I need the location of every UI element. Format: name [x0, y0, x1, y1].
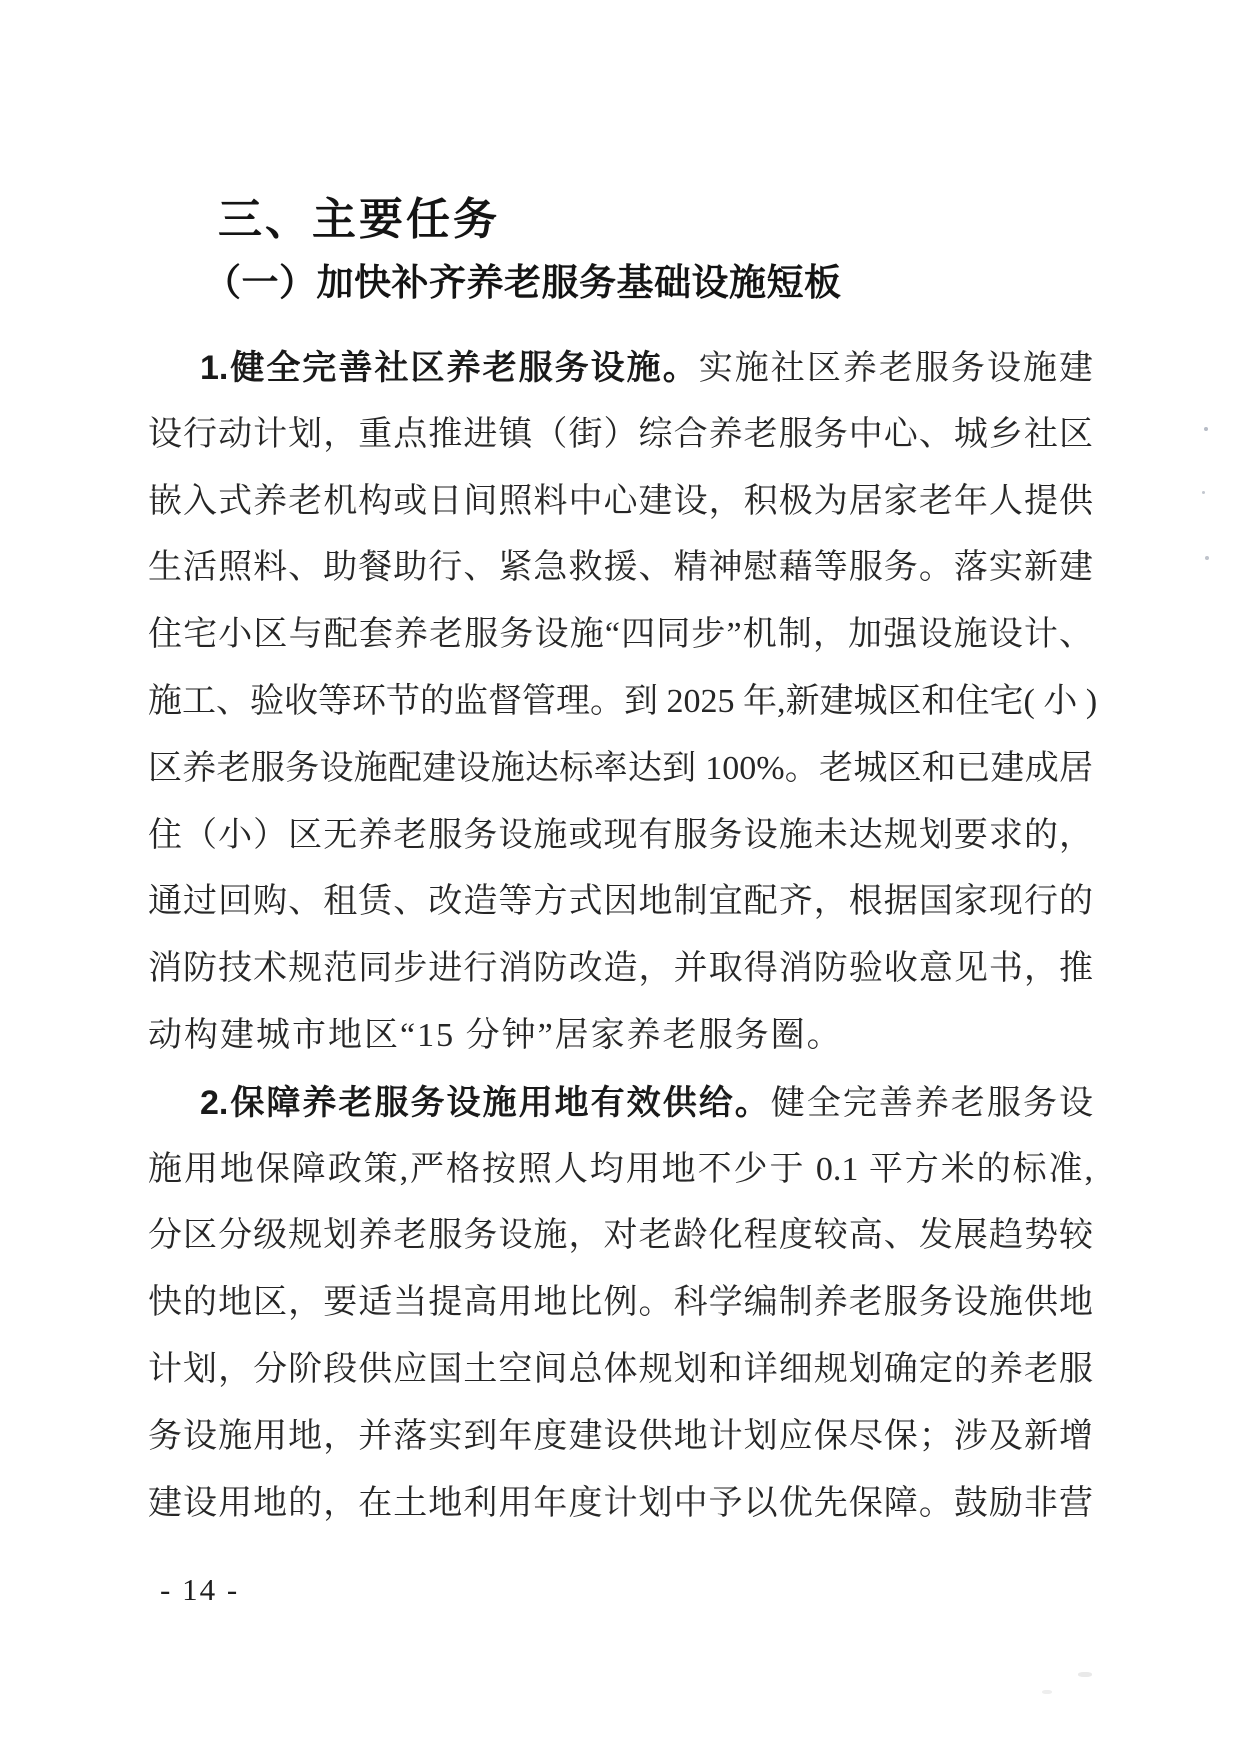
- text-line: 分区分级规划养老服务设施，对老龄化程度较高、发展趋势较: [148, 1203, 1093, 1270]
- scan-speck: [1204, 427, 1208, 431]
- text-line: 施用地保障政策,严格按照人均用地不少于 0.1 平方米的标准,: [148, 1137, 1093, 1204]
- paragraph-2: 2.保障养老服务设施用地有效供给。健全完善养老服务设 施用地保障政策,严格按照人…: [148, 1070, 1093, 1538]
- text-line: 设行动计划，重点推进镇（街）综合养老服务中心、城乡社区: [148, 402, 1093, 469]
- subsection-heading: （一）加快补齐养老服务基础设施短板: [148, 258, 1093, 310]
- scan-speck: [1042, 1690, 1052, 1694]
- text-line: 务设施用地，并落实到年度建设供地计划应保尽保；涉及新增: [148, 1404, 1093, 1471]
- text-line: 动构建城市地区“15 分钟”居家养老服务圈。: [148, 1003, 1093, 1070]
- text-line: 消防技术规范同步进行消防改造，并取得消防验收意见书，推: [148, 936, 1093, 1003]
- text-line: 施工、验收等环节的监督管理。到 2025 年,新建城区和住宅( 小 ): [148, 669, 1093, 736]
- text-line: 生活照料、助餐助行、紧急救援、精神慰藉等服务。落实新建: [148, 535, 1093, 602]
- paragraph-1-lead: 1.健全完善社区养老服务设施。: [200, 349, 699, 387]
- text-line: 区养老服务设施配建设施达标率达到 100%。老城区和已建成居: [148, 736, 1093, 803]
- scan-speck: [1205, 556, 1209, 560]
- text-line: 2.保障养老服务设施用地有效供给。健全完善养老服务设: [148, 1070, 1093, 1137]
- scan-speck: [1202, 491, 1205, 494]
- text-line: 快的地区，要适当提高用地比例。科学编制养老服务设施供地: [148, 1270, 1093, 1337]
- text-line: 建设用地的，在土地利用年度计划中予以优先保障。鼓励非营: [148, 1471, 1093, 1538]
- document-body: 1.健全完善社区养老服务设施。实施社区养老服务设施建 设行动计划，重点推进镇（街…: [148, 335, 1093, 1537]
- text-run: 实施社区养老服务设施建: [699, 350, 1093, 387]
- text-line: 嵌入式养老机构或日间照料中心建设，积极为居家老年人提供: [148, 469, 1093, 536]
- document-page: 三、主要任务 （一）加快补齐养老服务基础设施短板 1.健全完善社区养老服务设施。…: [0, 0, 1240, 1753]
- page-number: - 14 -: [160, 1572, 239, 1608]
- paragraph-2-lead: 2.保障养老服务设施用地有效供给。: [200, 1084, 771, 1122]
- text-line: 计划，分阶段供应国土空间总体规划和详细规划确定的养老服: [148, 1337, 1093, 1404]
- paragraph-1: 1.健全完善社区养老服务设施。实施社区养老服务设施建 设行动计划，重点推进镇（街…: [148, 335, 1093, 1070]
- scan-speck: [1078, 1672, 1092, 1677]
- section-heading: 三、主要任务: [148, 194, 1093, 246]
- text-run: 健全完善养老服务设: [771, 1085, 1093, 1122]
- text-line: 通过回购、租赁、改造等方式因地制宜配齐，根据国家现行的: [148, 869, 1093, 936]
- text-line: 住宅小区与配套养老服务设施“四同步”机制，加强设施设计、: [148, 602, 1093, 669]
- text-line: 1.健全完善社区养老服务设施。实施社区养老服务设施建: [148, 335, 1093, 402]
- text-line: 住（小）区无养老服务设施或现有服务设施未达规划要求的，: [148, 803, 1093, 870]
